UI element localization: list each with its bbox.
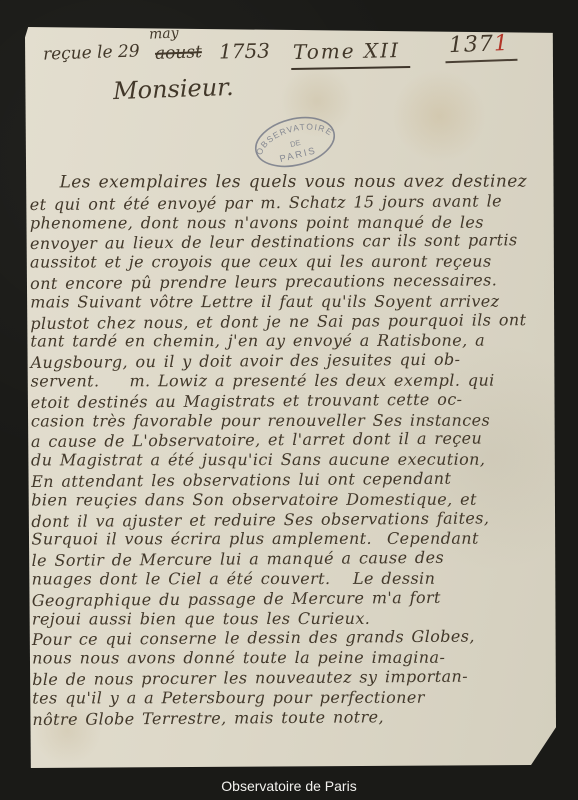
struck-month-note: aoust — [155, 42, 203, 64]
folio-number-red: 1 — [493, 31, 509, 57]
letter-line: servent. m. Lowiz a presenté les deux ex… — [31, 371, 552, 392]
letter-line: nous nous avons donné toute la peine ima… — [32, 648, 553, 669]
letter-line: bien reuçies dans Son observatoire Domes… — [31, 489, 552, 510]
letter-line: ble de nous procurer les nouveautez sy i… — [32, 666, 553, 690]
letter-line: mais Suivant vôtre Lettre il faut qu'ils… — [30, 291, 551, 312]
letter-line: En attendant les observations lui ont ce… — [31, 468, 552, 492]
letter-body: Les exemplaires les quels vous nous avez… — [30, 172, 554, 729]
letter-line: Pour ce qui conserne le dessin des grand… — [32, 626, 553, 650]
letter-line: tant tardé en chemin, j'en ay envoyé a R… — [30, 331, 551, 352]
folio-number: 1371 — [444, 31, 517, 63]
letter-line: et qui ont été envoyé par m. Schatz 15 j… — [30, 191, 551, 215]
letter-line: envoyer au lieux de leur destinations ca… — [30, 230, 551, 254]
letter-page: reçue le 29 may aoust 1753 Tome XII 1371… — [25, 27, 556, 768]
letter-line: nôtre Globe Terrestre, mais toute notre, — [32, 705, 553, 729]
received-date-note: reçue le 29 — [43, 41, 140, 64]
manuscript-photo: reçue le 29 may aoust 1753 Tome XII 1371… — [0, 0, 578, 800]
tome-label: Tome XII — [291, 38, 411, 70]
letter-line: Surquoi il vous écrira plus amplement. C… — [31, 529, 552, 550]
letter-line: Augsbourg, ou il y doit avoir des jesuit… — [30, 349, 551, 373]
stamp-bottom-text: PARIS — [279, 145, 318, 165]
folio-number-black: 137 — [448, 32, 494, 59]
corrected-month-note: may — [149, 25, 179, 43]
observatoire-oval-stamp-icon: OBSERVATOIRE DE PARIS — [245, 103, 344, 181]
letter-line: a cause de L'observatoire, et l'arret do… — [31, 428, 552, 452]
stamp-middle-text: DE — [289, 138, 301, 149]
letter-line: etoit destinés au Magistrats et trouvant… — [31, 389, 552, 413]
salutation: Monsieur. — [113, 73, 235, 105]
letter-line: nuages dont le Ciel a été couvert. Le de… — [32, 568, 553, 589]
letter-line: tes qu'il y a a Petersbourg pour perfect… — [32, 687, 553, 708]
year-note: 1753 — [219, 39, 270, 64]
letter-line: le Sortir de Mercure lui a manqué a caus… — [32, 547, 553, 571]
letter-line: aussitot et je croyois que ceux qui les … — [30, 252, 551, 273]
letter-line: ont encore pû prendre leurs precautions … — [30, 270, 551, 294]
letter-line: Geographique du passage de Mercure m'a f… — [32, 587, 553, 611]
photo-caption: Observatoire de Paris — [0, 771, 578, 800]
letter-line: du Magistrat a été jusqu'ici Sans aucune… — [31, 450, 552, 471]
letter-line: Les exemplaires les quels vous nous avez… — [30, 173, 551, 194]
